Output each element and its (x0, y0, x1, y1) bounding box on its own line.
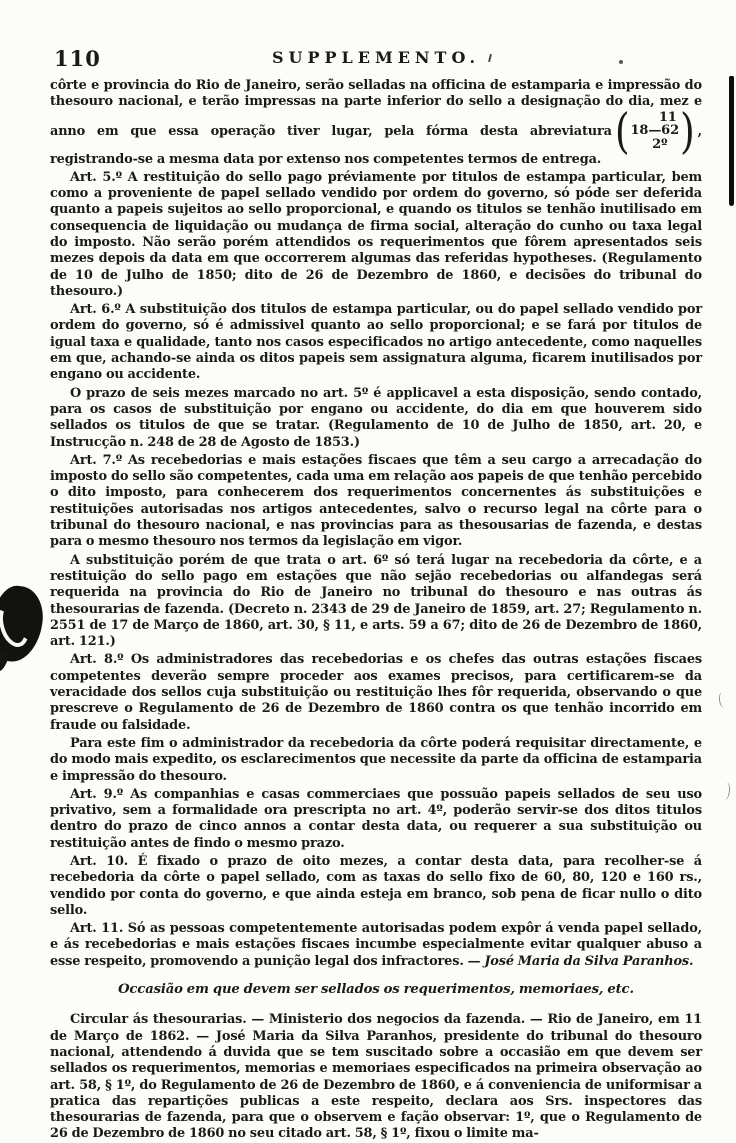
section-heading: Occasião em que devem ser sellados os re… (50, 982, 702, 998)
document-text: côrte e provincia do Rio de Janeiro, ser… (50, 78, 702, 1143)
margin-pen-mark (718, 691, 729, 708)
signature: José Maria da Silva Paranhos. (484, 954, 693, 969)
scanned-document-page: { "page": { "number": "110", "header": "… (0, 0, 736, 1143)
paragraph-art-8-fim: Para este fim o administrador da recebed… (50, 736, 702, 785)
scan-edge-artifact (729, 76, 734, 206)
page-body: 110 SUPPLEMENTO. côrte e provincia do Ri… (50, 44, 702, 1143)
abbreviation-day: 11 (659, 111, 677, 125)
abbreviation-year: 18—62 (631, 124, 679, 138)
page-title: SUPPLEMENTO. (50, 48, 702, 67)
abbreviation-stack: 1118—622º (631, 111, 679, 152)
close-paren: ) (679, 107, 696, 155)
paragraph-art-5: Art. 5.º A restituição do sello pago pré… (50, 170, 702, 300)
open-paren: ( (614, 107, 631, 155)
intro-text-before: côrte e provincia do Rio de Janeiro, ser… (50, 78, 702, 139)
paragraph-art-9: Art. 9.º As companhias e casas commercia… (50, 787, 702, 852)
paragraph-circular: Circular ás thesourarias. — Ministerio d… (50, 1012, 702, 1142)
page-header: 110 SUPPLEMENTO. (50, 44, 702, 78)
abbreviation-month: 2º (652, 138, 667, 152)
ink-stain-artifact (0, 583, 47, 665)
abbreviation-notation: (1118—622º) (614, 111, 696, 152)
paragraph-intro: côrte e provincia do Rio de Janeiro, ser… (50, 78, 702, 168)
paragraph-art-6: Art. 6.º A substituição dos titulos de e… (50, 302, 702, 383)
scan-speck (619, 60, 623, 64)
paragraph-art-10: Art. 10. É fixado o prazo de oito mezes,… (50, 854, 702, 919)
paragraph-art-7: Art. 7.º As recebedorias e mais estações… (50, 453, 702, 551)
paragraph-art-7-substituicao: A substituição porém de que trata o art.… (50, 553, 702, 651)
paragraph-art-8: Art. 8.º Os administradores das recebedo… (50, 652, 702, 733)
paragraph-art-6-prazo: O prazo de seis mezes marcado no art. 5º… (50, 386, 702, 451)
paragraph-art-11: Art. 11. Só as pessoas competentemente a… (50, 921, 702, 970)
margin-pen-mark (720, 782, 731, 801)
